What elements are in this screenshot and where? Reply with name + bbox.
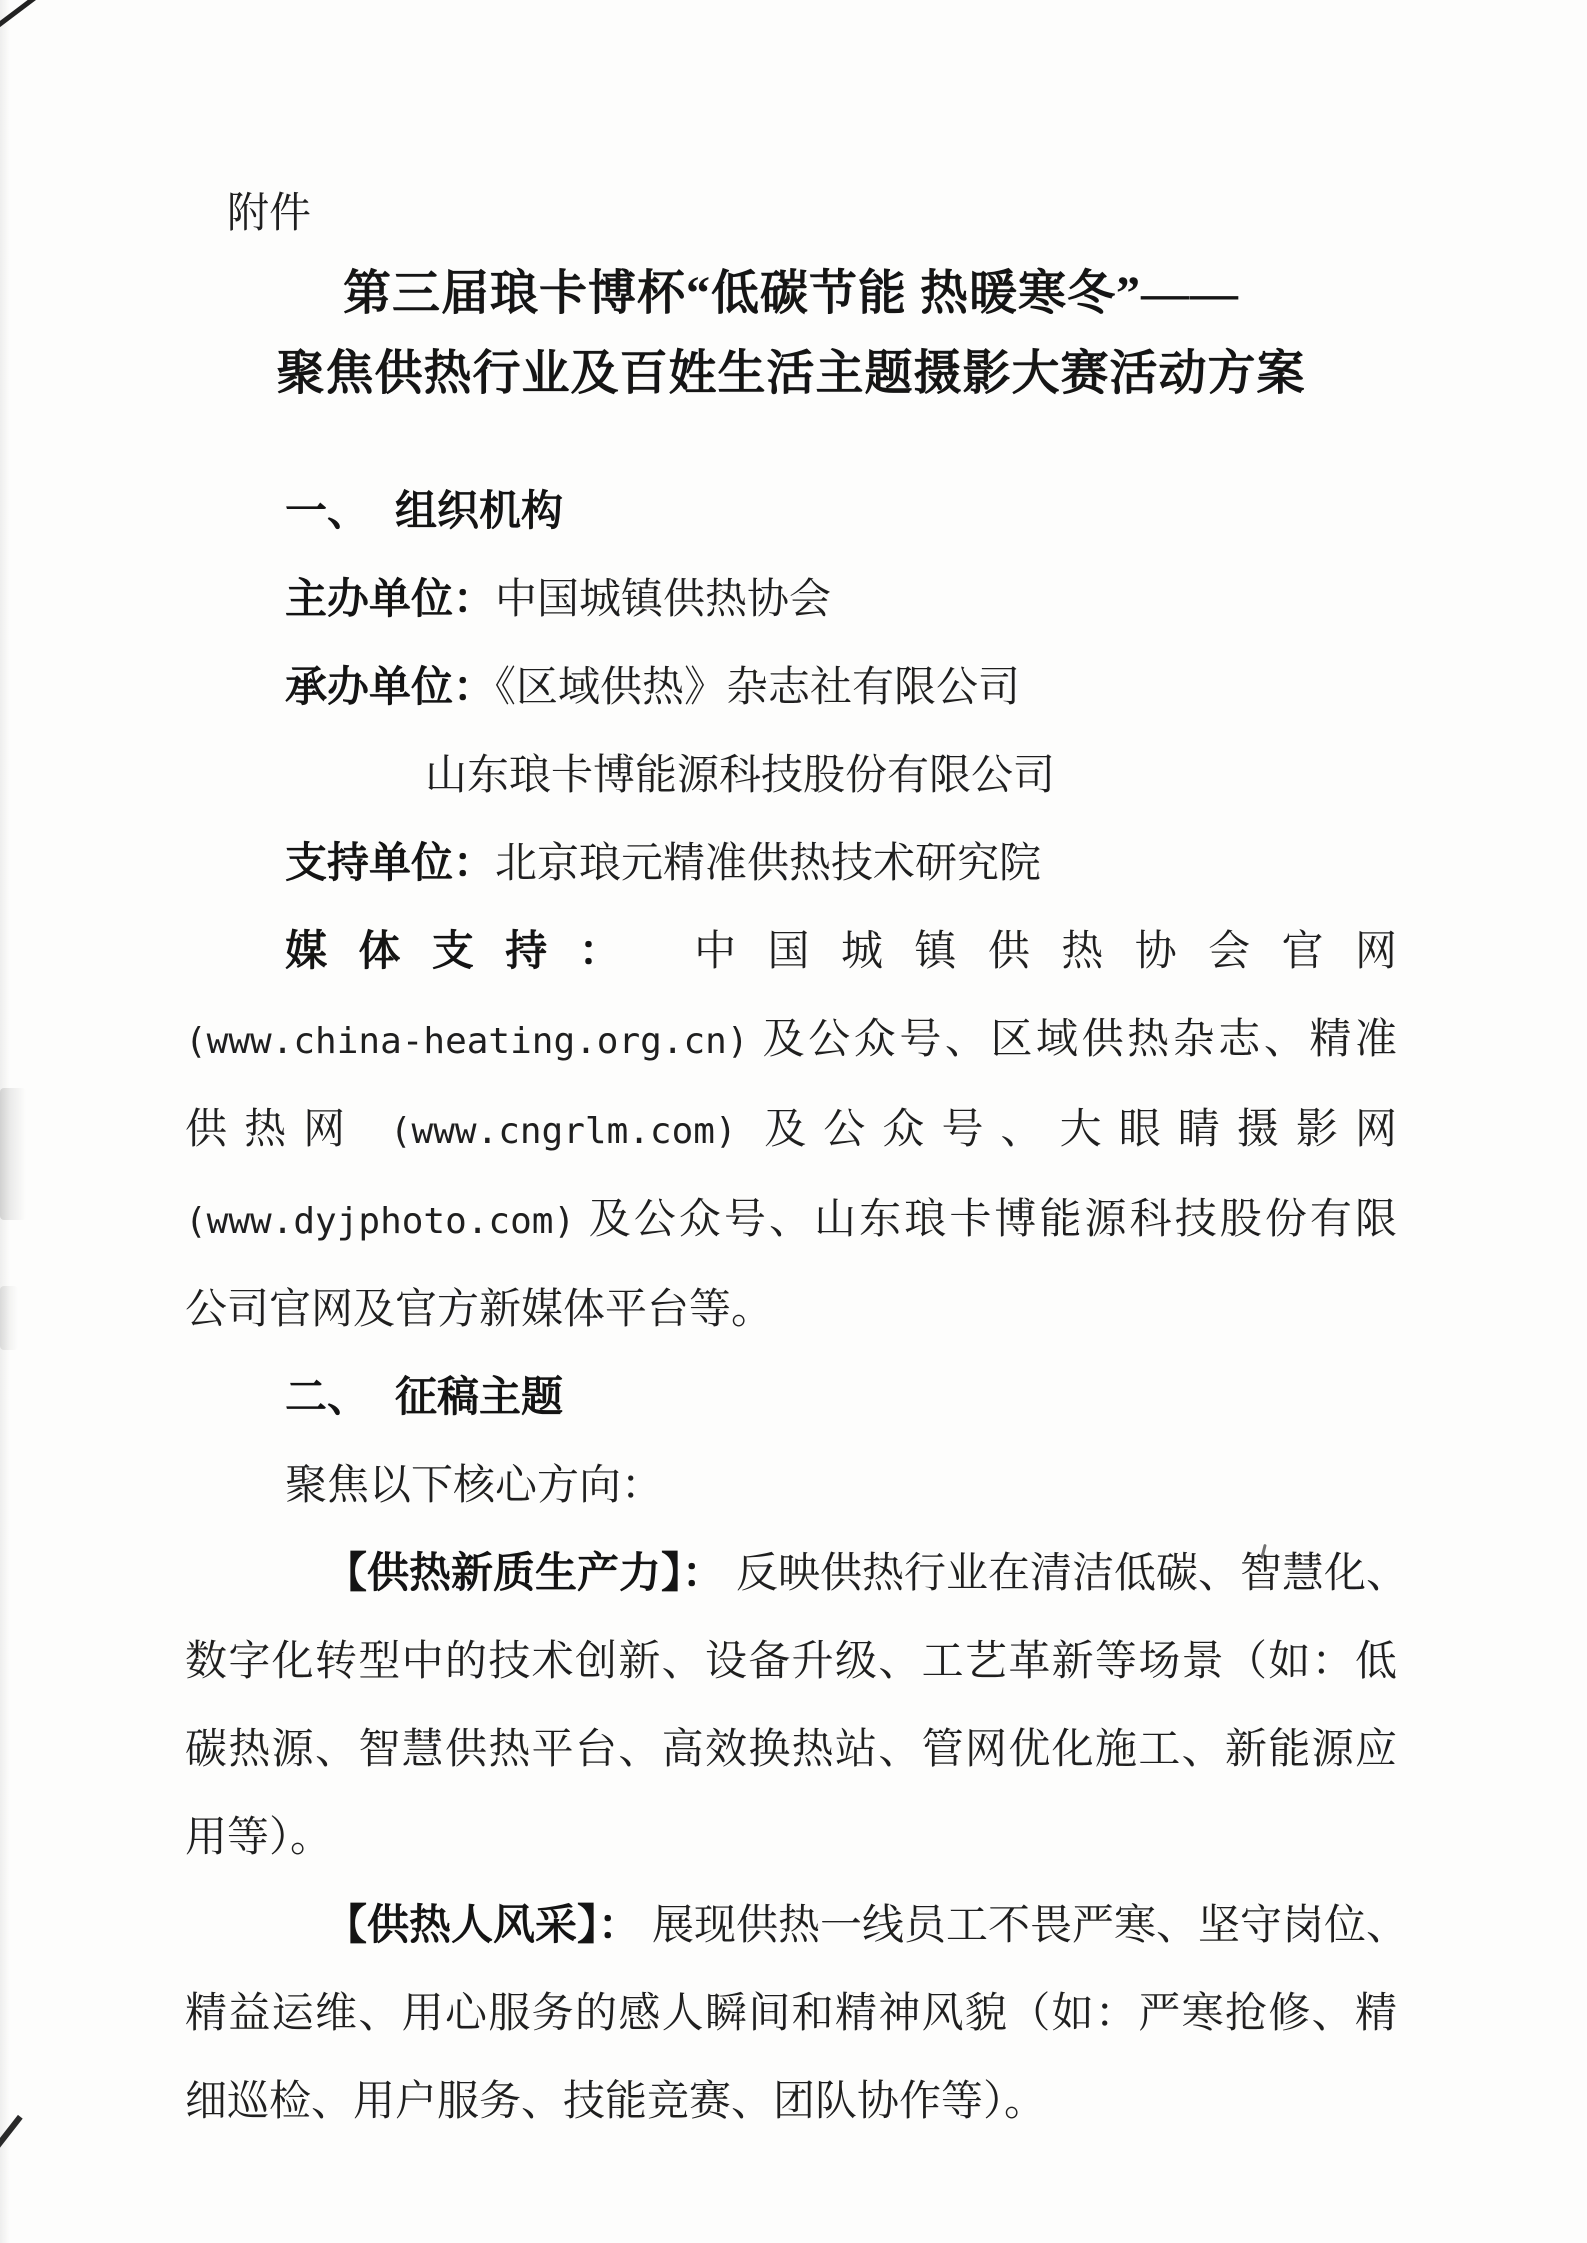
support-unit-value: 北京琅元精准供热技术研究院 [495,841,1041,887]
organizer-unit-label: 承办单位： [285,665,495,711]
media-support-line-5: 公司官网及官方新媒体平台等。 [185,1266,1397,1354]
organizer-unit-value: 《区域供热》杂志社有限公司 [495,665,1020,711]
title-line-1: 第三届琅卡博杯“低碳节能 热暖寒冬”—— [185,254,1397,334]
media-support-value: 中国城镇供热协会官网 [694,929,1397,975]
media-support-text: 公司官网及官方新媒体平台等。 [185,1287,773,1333]
host-unit-line: 主办单位：中国城镇供热协会 [185,556,1397,644]
section-2-title: 征稿主题 [395,1375,563,1421]
media-support-text: 供热网 [185,1107,362,1153]
support-unit-line: 支持单位：北京琅元精准供热技术研究院 [185,820,1397,908]
topic-2-line-3: 细巡检、用户服务、技能竞赛、团队协作等）。 [185,2058,1397,2146]
scan-smudge [0,1286,18,1350]
section-1-number: 一、 [285,489,369,535]
website-url-dyjphoto: (www.dyjphoto.com) [185,1201,575,1242]
topic-1-line-4: 用等）。 [185,1794,1397,1882]
topic-2-text: 细巡检、用户服务、技能竞赛、团队协作等）。 [185,2079,1046,2125]
topic-2-label: 【供热人风采】： [325,1903,640,1949]
media-support-text: 及公众号、区域供热杂志、精准 [763,1017,1397,1063]
organizer-unit-line: 承办单位：《区域供热》杂志社有限公司 [185,644,1397,732]
support-unit-label: 支持单位： [285,841,495,887]
section-2-heading: 二、征稿主题 [185,1354,1397,1442]
host-unit-value: 中国城镇供热协会 [495,577,831,623]
media-support-text: 及公众号、山东琅卡博能源科技股份有限 [589,1197,1397,1243]
website-url-cngrlm: (www.cngrlm.com) [390,1111,737,1152]
attachment-label: 附件 [185,184,1397,244]
section-2-number: 二、 [285,1375,369,1421]
media-support-line-3: 供热网 (www.cngrlm.com) 及公众号、大眼睛摄影网 [185,1086,1397,1176]
topic-1-line-1: 【供热新质生产力】：反映供热行业在清洁低碳、智慧化、 [185,1530,1397,1618]
media-support-label: 媒体支持： [285,929,652,975]
topic-1-text: 碳热源、智慧供热平台、高效换热站、管网优化施工、新能源应 [185,1727,1397,1773]
media-support-line-4: (www.dyjphoto.com) 及公众号、山东琅卡博能源科技股份有限 [185,1176,1397,1266]
theme-intro-line: 聚焦以下核心方向： [185,1442,1397,1530]
website-url-china-heating: (www.china-heating.org.cn) [185,1021,749,1062]
scan-smudge [0,1088,26,1220]
organizer-unit-line-2: 山东琅卡博能源科技股份有限公司 [185,732,1397,820]
topic-2-line-1: 【供热人风采】：展现供热一线员工不畏严寒、坚守岗位、 [185,1882,1397,1970]
topic-2-line-2: 精益运维、用心服务的感人瞬间和精神风貌（如：严寒抢修、精 [185,1970,1397,2058]
topic-1-text: 反映供热行业在清洁低碳、智慧化、 [736,1551,1408,1597]
topic-2-text: 精益运维、用心服务的感人瞬间和精神风貌（如：严寒抢修、精 [185,1991,1397,2037]
document-content: 附件 第三届琅卡博杯“低碳节能 热暖寒冬”—— 聚焦供热行业及百姓生活主题摄影大… [185,184,1397,2146]
title-line-2: 聚焦供热行业及百姓生活主题摄影大赛活动方案 [185,334,1397,414]
scan-edge-shading [0,0,10,2243]
host-unit-label: 主办单位： [285,577,495,623]
document-title: 第三届琅卡博杯“低碳节能 热暖寒冬”—— 聚焦供热行业及百姓生活主题摄影大赛活动… [185,254,1397,414]
media-support-text: 及公众号、大眼睛摄影网 [764,1107,1397,1153]
topic-1-text: 用等）。 [185,1815,332,1861]
topic-2-text: 展现供热一线员工不畏严寒、坚守岗位、 [652,1903,1408,1949]
scanned-document-page: 附件 第三届琅卡博杯“低碳节能 热暖寒冬”—— 聚焦供热行业及百姓生活主题摄影大… [0,0,1587,2243]
theme-intro-text: 聚焦以下核心方向： [285,1463,663,1509]
section-1-heading: 一、组织机构 [185,468,1397,556]
topic-1-line-2: 数字化转型中的技术创新、设备升级、工艺革新等场景（如：低 [185,1618,1397,1706]
topic-1-text: 数字化转型中的技术创新、设备升级、工艺革新等场景（如：低 [185,1639,1397,1685]
scan-corner-mark-bottom-left [0,2115,23,2155]
section-1-title: 组织机构 [395,489,563,535]
topic-1-line-3: 碳热源、智慧供热平台、高效换热站、管网优化施工、新能源应 [185,1706,1397,1794]
media-support-line-1: 媒体支持： 中国城镇供热协会官网 [185,908,1397,996]
topic-1-label: 【供热新质生产力】： [325,1551,724,1597]
scan-corner-mark-top-left [0,0,45,30]
media-support-line-2: (www.china-heating.org.cn) 及公众号、区域供热杂志、精… [185,996,1397,1086]
organizer-unit-value-2: 山东琅卡博能源科技股份有限公司 [425,753,1055,799]
